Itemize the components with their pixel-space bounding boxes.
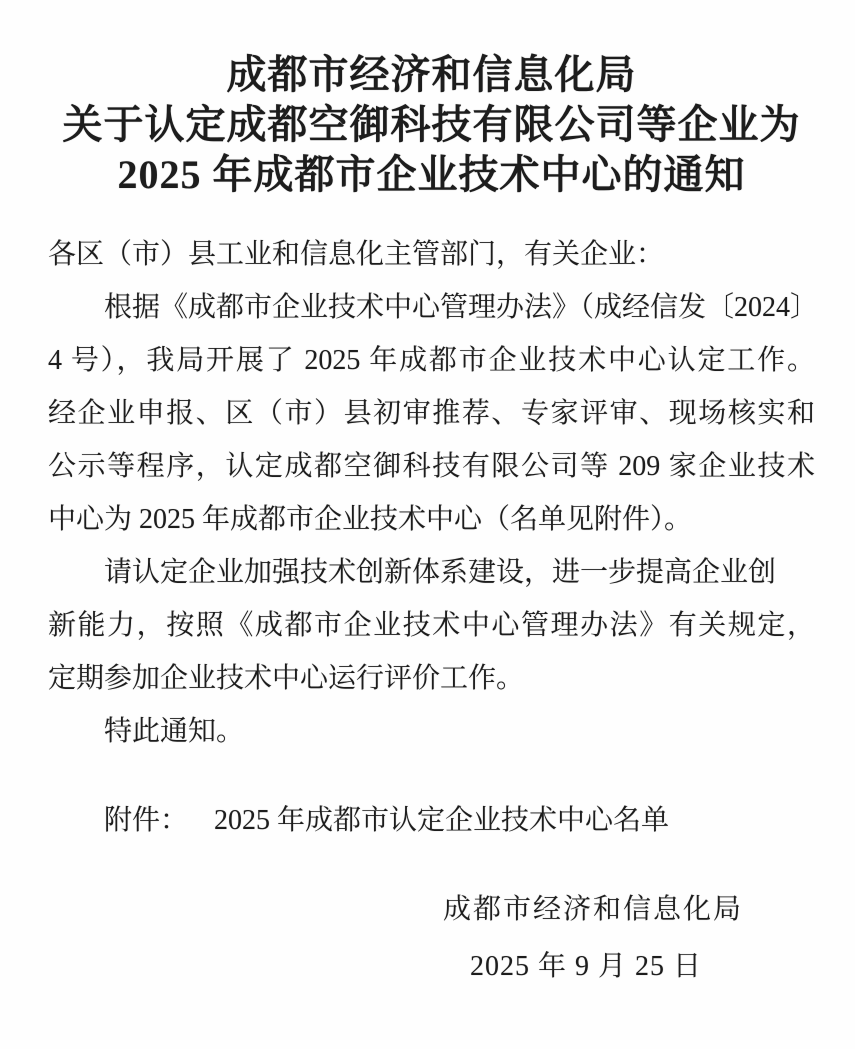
body-line-4: 公示等程序，认定成都空御科技有限公司等 209 家企业技术 [48, 440, 815, 493]
signature-block: 成都市经济和信息化局 2025 年 9 月 25 日 [48, 883, 815, 993]
title-line-2: 关于认定成都空御科技有限公司等企业为 [48, 100, 815, 150]
attachment-line: 附件：2025 年成都市认定企业技术中心名单 [48, 794, 815, 847]
signature-date: 2025 年 9 月 25 日 [48, 940, 815, 993]
document-page: 成都市经济和信息化局 关于认定成都空御科技有限公司等企业为 2025 年成都市企… [0, 0, 855, 1049]
attachment-label: 附件： [104, 794, 188, 847]
title-line-3: 2025 年成都市企业技术中心的通知 [48, 150, 815, 200]
body-line-9: 特此通知。 [48, 705, 815, 758]
salutation-line: 各区（市）县工业和信息化主管部门，有关企业： [48, 228, 815, 281]
title-line-1: 成都市经济和信息化局 [48, 50, 815, 100]
notice-body: 各区（市）县工业和信息化主管部门，有关企业： 根据《成都市企业技术中心管理办法》… [48, 228, 815, 758]
signature-agency: 成都市经济和信息化局 [48, 883, 815, 936]
attachment-title: 2025 年成都市认定企业技术中心名单 [214, 805, 669, 836]
body-line-5: 中心为 2025 年成都市企业技术中心（名单见附件）。 [48, 493, 815, 546]
body-line-6: 请认定企业加强技术创新体系建设，进一步提高企业创 [48, 546, 815, 599]
notice-title: 成都市经济和信息化局 关于认定成都空御科技有限公司等企业为 2025 年成都市企… [48, 50, 815, 200]
body-line-2: 4 号），我局开展了 2025 年成都市企业技术中心认定工作。 [48, 334, 815, 387]
body-line-8: 定期参加企业技术中心运行评价工作。 [48, 652, 815, 705]
body-line-7: 新能力，按照《成都市企业技术中心管理办法》有关规定， [48, 599, 815, 652]
body-line-1: 根据《成都市企业技术中心管理办法》（成经信发〔2024〕 [48, 281, 815, 334]
body-line-3: 经企业申报、区（市）县初审推荐、专家评审、现场核实和 [48, 387, 815, 440]
